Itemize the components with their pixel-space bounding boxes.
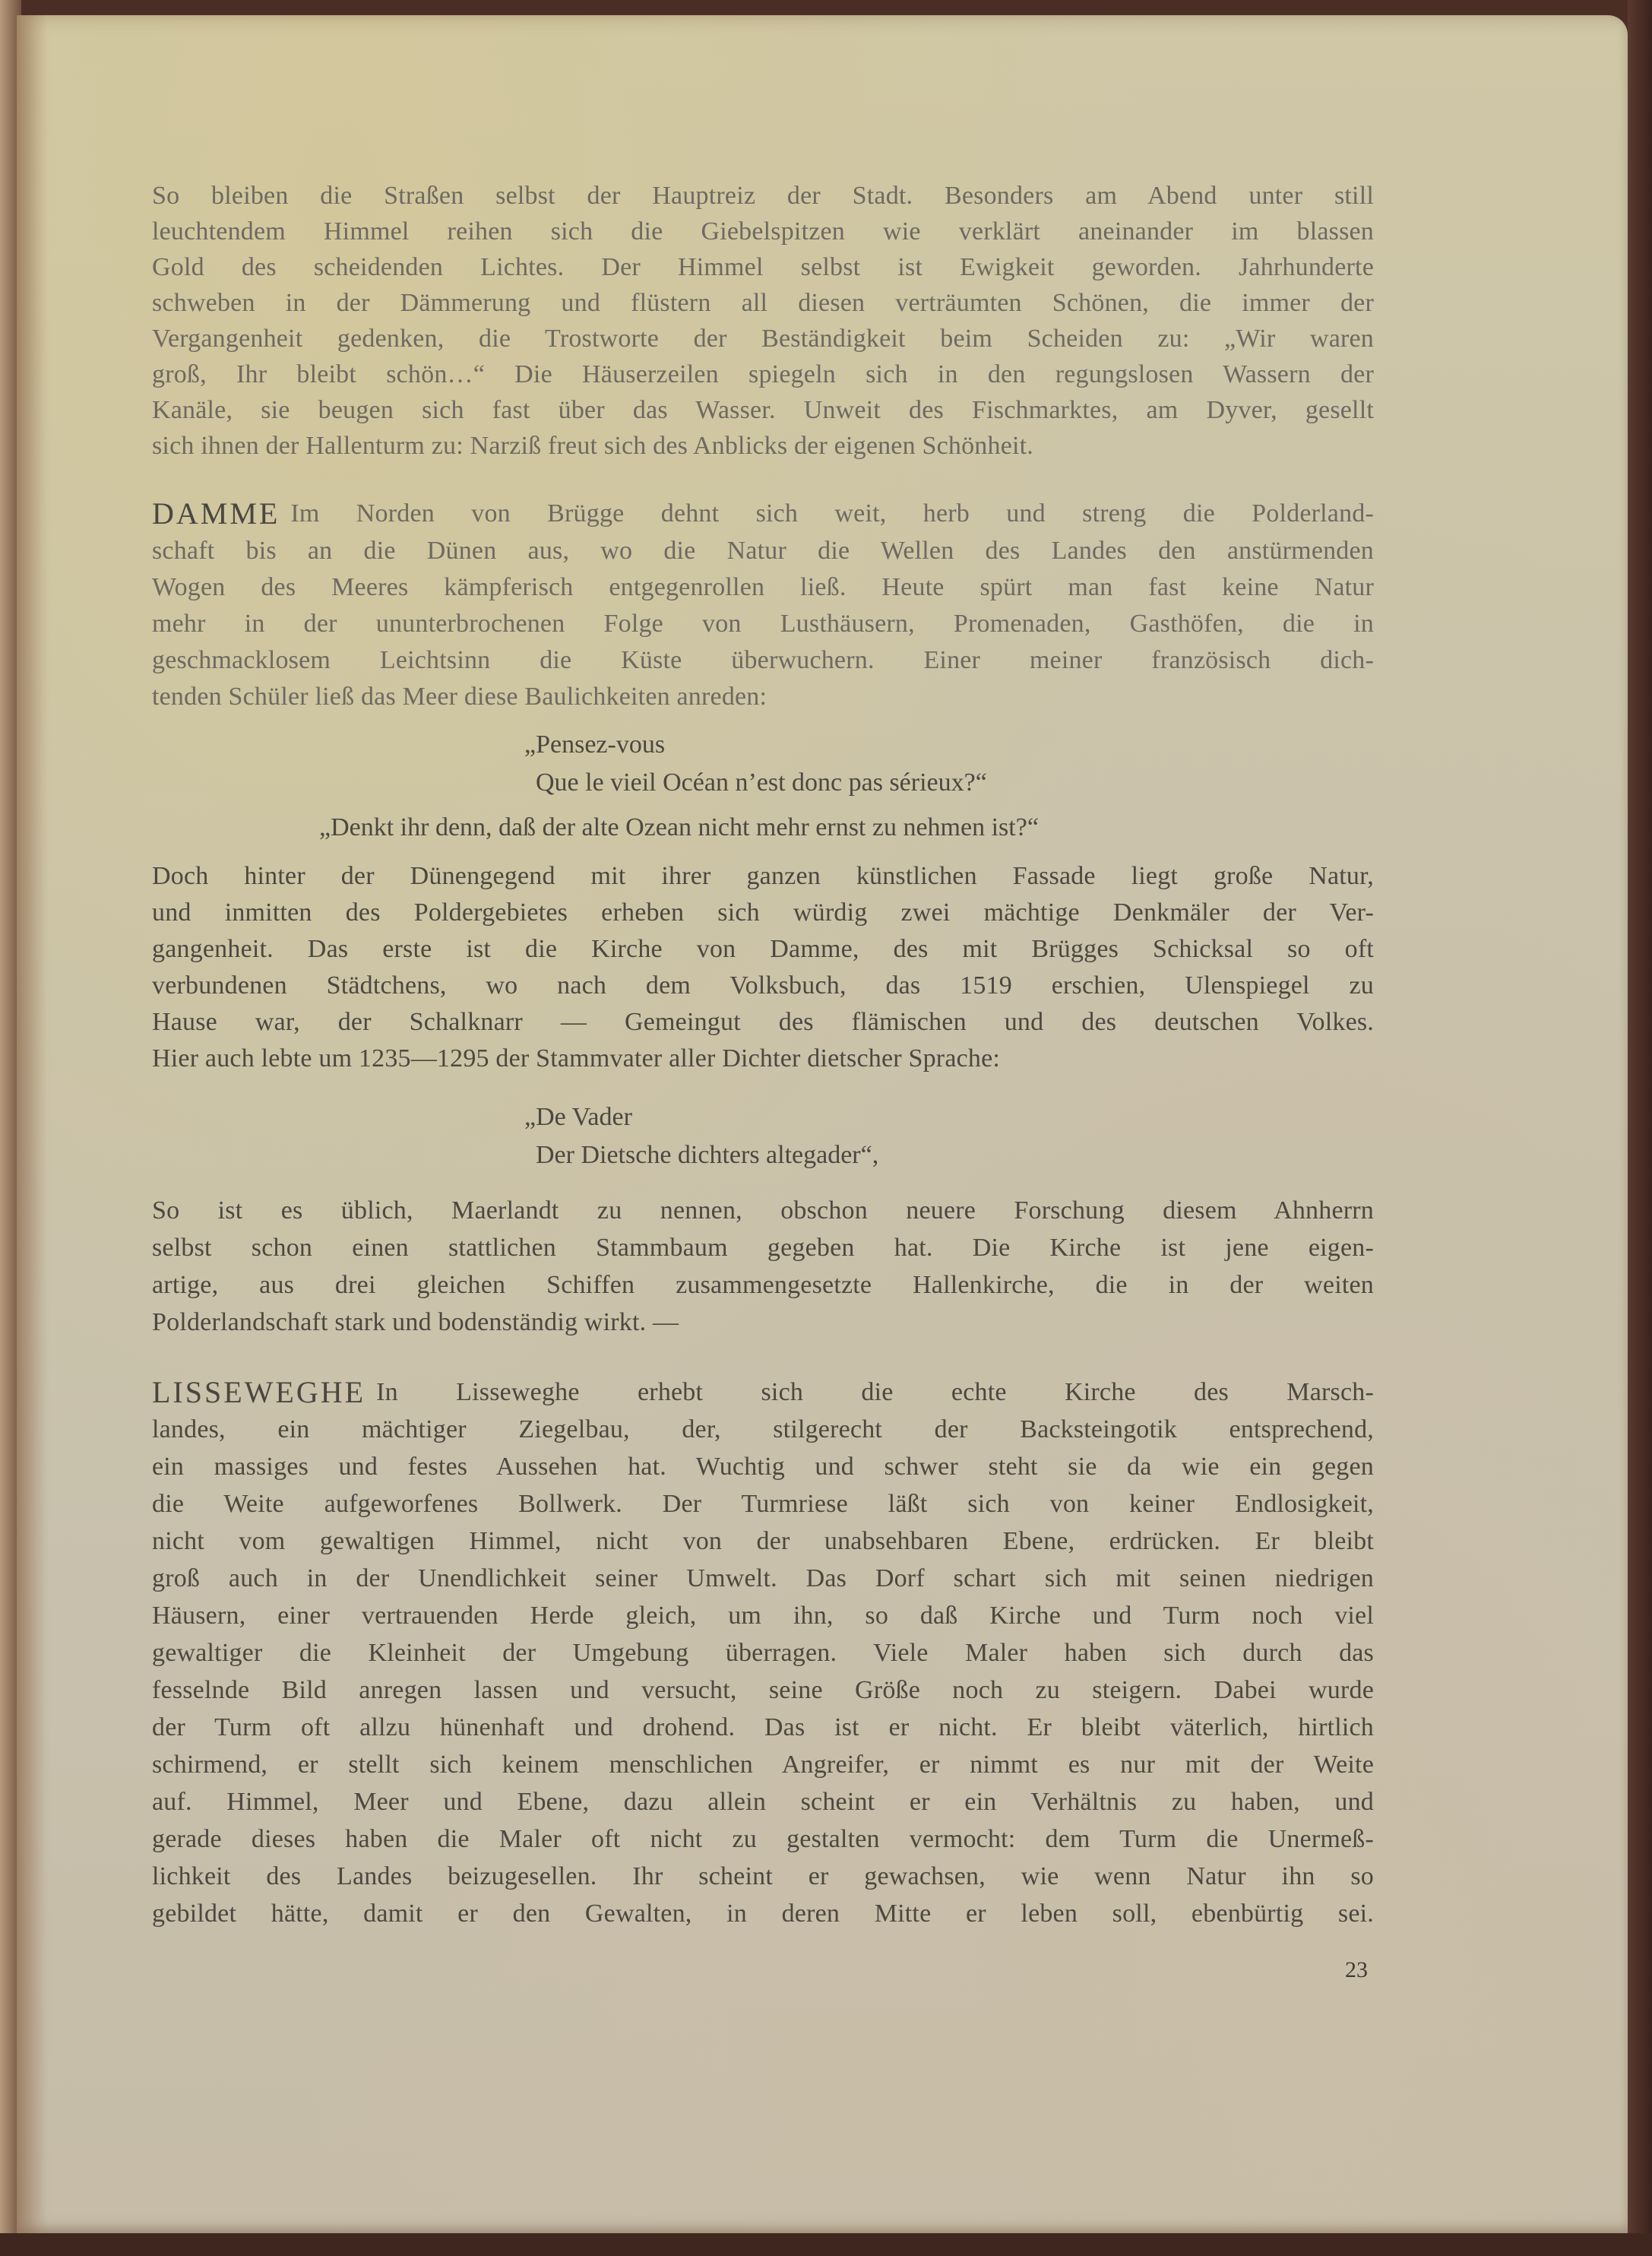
text-line: artige, aus drei gleichen Schiffen zusam… bbox=[152, 1270, 1374, 1301]
text-line: Kanäle, sie beugen sich fast über das Wa… bbox=[152, 395, 1374, 426]
text-line: auf. Himmel, Meer und Ebene, dazu allein… bbox=[152, 1787, 1374, 1817]
verse-line: Der Dietsche dichters altegader“, bbox=[536, 1140, 878, 1171]
text-line: gangenheit. Das erste ist die Kirche von… bbox=[152, 934, 1374, 965]
book-right-edge bbox=[1628, 0, 1652, 2256]
text-line: geschmacklosem Leichtsinn die Küste über… bbox=[152, 645, 1374, 676]
text-line: Hause war, der Schalknarr — Gemeingut de… bbox=[152, 1007, 1374, 1038]
text-line: gebildet hätte, damit er den Gewalten, i… bbox=[152, 1899, 1374, 1929]
text-line: nicht vom gewaltigen Himmel, nicht von d… bbox=[152, 1526, 1374, 1557]
text-line: gewaltiger die Kleinheit der Umgebung üb… bbox=[152, 1638, 1374, 1668]
text-line: selbst schon einen stattlichen Stammbaum… bbox=[152, 1233, 1374, 1263]
text-line-rest: In Lisseweghe erhebt sich die echte Kirc… bbox=[376, 1377, 1374, 1408]
text-line: DAMME Im Norden von Brügge dehnt sich we… bbox=[152, 499, 1374, 529]
section-heading-damme: DAMME bbox=[152, 499, 280, 529]
text-line: gerade dieses haben die Maler oft nicht … bbox=[152, 1824, 1374, 1855]
book-bottom-edge bbox=[0, 2233, 1652, 2256]
translation-line: „Denkt ihr denn, daß der alte Ozean nich… bbox=[319, 813, 1039, 843]
verse-line: Que le vieil Océan n’est donc pas sérieu… bbox=[536, 768, 987, 798]
text-line: leuchtendem Himmel reihen sich die Giebe… bbox=[152, 217, 1374, 247]
text-line: fesselnde Bild anregen lassen und versuc… bbox=[152, 1675, 1374, 1706]
text-line: groß, Ihr bleibt schön…“ Die Häuserzeile… bbox=[152, 360, 1374, 390]
page-gutter-shadow bbox=[17, 15, 47, 2233]
text-line: schaft bis an die Dünen aus, wo die Natu… bbox=[152, 536, 1374, 566]
text-line: Hier auch lebte um 1235—1295 der Stammva… bbox=[152, 1044, 1374, 1074]
text-line: schirmend, er stellt sich keinem menschl… bbox=[152, 1750, 1374, 1780]
text-line: der Turm oft allzu hünenhaft und drohend… bbox=[152, 1713, 1374, 1743]
text-line: verbundenen Städtchens, wo nach dem Volk… bbox=[152, 971, 1374, 1001]
text-line: Polderlandschaft stark und bodenständig … bbox=[152, 1307, 1374, 1338]
verse-line: „De Vader bbox=[524, 1102, 632, 1133]
section-heading-lisseweghe: LISSEWEGHE bbox=[152, 1377, 366, 1408]
text-line: Wogen des Meeres kämpferisch entgegenrol… bbox=[152, 572, 1374, 603]
text-line: mehr in der ununterbrochenen Folge von L… bbox=[152, 609, 1374, 639]
page-number: 23 bbox=[1345, 1957, 1368, 1983]
text-line: Gold des scheidenden Lichtes. Der Himmel… bbox=[152, 252, 1374, 283]
text-line: sich ihnen der Hallenturm zu: Narziß fre… bbox=[152, 431, 1374, 461]
text-line: LISSEWEGHE In Lisseweghe erhebt sich die… bbox=[152, 1377, 1374, 1408]
text-line: Doch hinter der Dünengegend mit ihrer ga… bbox=[152, 861, 1374, 892]
text-line: landes, ein mächtiger Ziegelbau, der, st… bbox=[152, 1415, 1374, 1445]
text-line: die Weite aufgeworfenes Bollwerk. Der Tu… bbox=[152, 1489, 1374, 1519]
text-line: lichkeit des Landes beizugesellen. Ihr s… bbox=[152, 1862, 1374, 1892]
text-line-rest: Im Norden von Brügge dehnt sich weit, he… bbox=[290, 499, 1374, 529]
text-line: schweben in der Dämmerung und flüstern a… bbox=[152, 288, 1374, 318]
text-line: ein massiges und festes Aussehen hat. Wu… bbox=[152, 1452, 1374, 1482]
text-line: tenden Schüler ließ das Meer diese Bauli… bbox=[152, 682, 1374, 712]
text-line: So ist es üblich, Maerlandt zu nennen, o… bbox=[152, 1196, 1374, 1226]
text-line: Häusern, einer vertrauenden Herde gleich… bbox=[152, 1601, 1374, 1631]
text-line: groß auch in der Unendlichkeit seiner Um… bbox=[152, 1564, 1374, 1594]
verse-line: „Pensez-vous bbox=[524, 730, 665, 760]
text-line: und inmitten des Poldergebietes erheben … bbox=[152, 898, 1374, 928]
text-line: So bleiben die Straßen selbst der Hauptr… bbox=[152, 181, 1374, 211]
text-line: Vergangenheit gedenken, die Trostworte d… bbox=[152, 324, 1374, 354]
